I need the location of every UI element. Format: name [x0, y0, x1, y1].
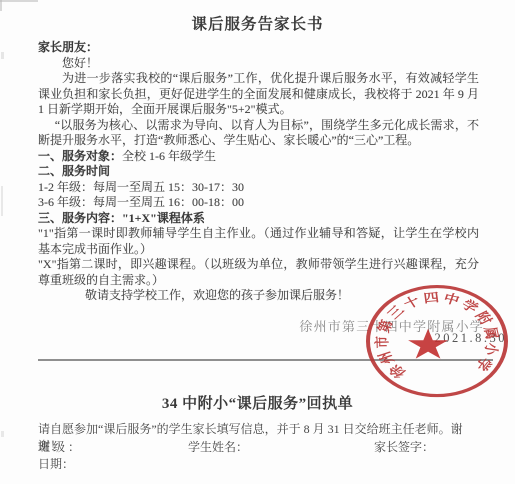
letter-body: 家长朋友： 您好！ 为进一步落实我校的“课后服务”工作，优化提升课后服务水平，有…: [38, 40, 479, 304]
section-service-target: 一、服务对象：全校 1-6 年级学生: [38, 149, 479, 165]
seal-curved-text: 徐州市第三十四中学附属小学: [359, 279, 515, 402]
seal-char: 学: [472, 355, 493, 372]
class-field-label: 班 级 ：: [38, 438, 80, 455]
scan-artifact: [1, 52, 4, 59]
greeting: 您好！: [38, 56, 479, 72]
seal-char: 十: [402, 295, 423, 312]
section-service-content: 三、服务内容："1+X"课程体系: [38, 211, 479, 227]
student-name-field-label: 学生姓名：: [188, 438, 248, 455]
section-service-time: 二、服务时间: [38, 164, 479, 180]
seal-char: 附: [472, 310, 493, 327]
content-course-1: "1"指第一课时即教师辅导学生自主作业。（通过作业辅导和答疑，让学生在学校内基本…: [38, 226, 479, 257]
school-seal-stamp: ★ 徐州市第三十四中学附属小学: [366, 285, 508, 397]
salutation: 家长朋友：: [38, 40, 479, 56]
content-course-x: "X"指第二课时，即兴趣课程。（以班级为单位，教师带领学生进行兴趣课程，充分尊重…: [38, 257, 479, 288]
scan-artifact: [0, 0, 38, 2]
paragraph-motto: “以服务为核心、以需求为导向、以育人为目标”，围绕学生多元化成长需求，不断提升服…: [38, 118, 479, 149]
date-field-label: 日期：: [38, 455, 74, 472]
time-grade-1-2: 1-2 年级：每周一至周五 15：30-17：30: [38, 180, 479, 196]
scan-artifact: [0, 0, 2, 11]
seal-char: 四: [423, 292, 440, 305]
scan-artifact: [1, 431, 4, 437]
reply-fields-row: 班 级 ： 学生姓名： 家长签字：: [0, 438, 515, 454]
seal-char: 市: [375, 336, 391, 349]
time-grade-3-6: 3-6 年级：每周一至周五 16：00-18：00: [38, 195, 479, 211]
seal-char: 第: [376, 319, 396, 335]
seal-char: 中: [442, 292, 461, 307]
seal-char: 徐: [387, 362, 409, 379]
document-title: 课后服务告家长书: [0, 12, 515, 34]
seal-char: 三: [386, 304, 408, 321]
section1-value: 全校 1-6 年级学生: [122, 149, 216, 163]
section1-label: 一、服务对象：: [38, 149, 122, 163]
scanned-letter-page: 课后服务告家长书 家长朋友： 您好！ 为进一步落实我校的“课后服务”工作，优化提…: [0, 0, 515, 484]
seal-char: 小: [481, 342, 499, 356]
parent-signature-field-label: 家长签字：: [374, 438, 434, 455]
paragraph-intro: 为进一步落实我校的“课后服务”工作，优化提升课后服务水平，有效减轻学生课业负担和…: [38, 71, 479, 118]
seal-char: 属: [481, 326, 499, 340]
scan-artifact: [1, 186, 3, 216]
